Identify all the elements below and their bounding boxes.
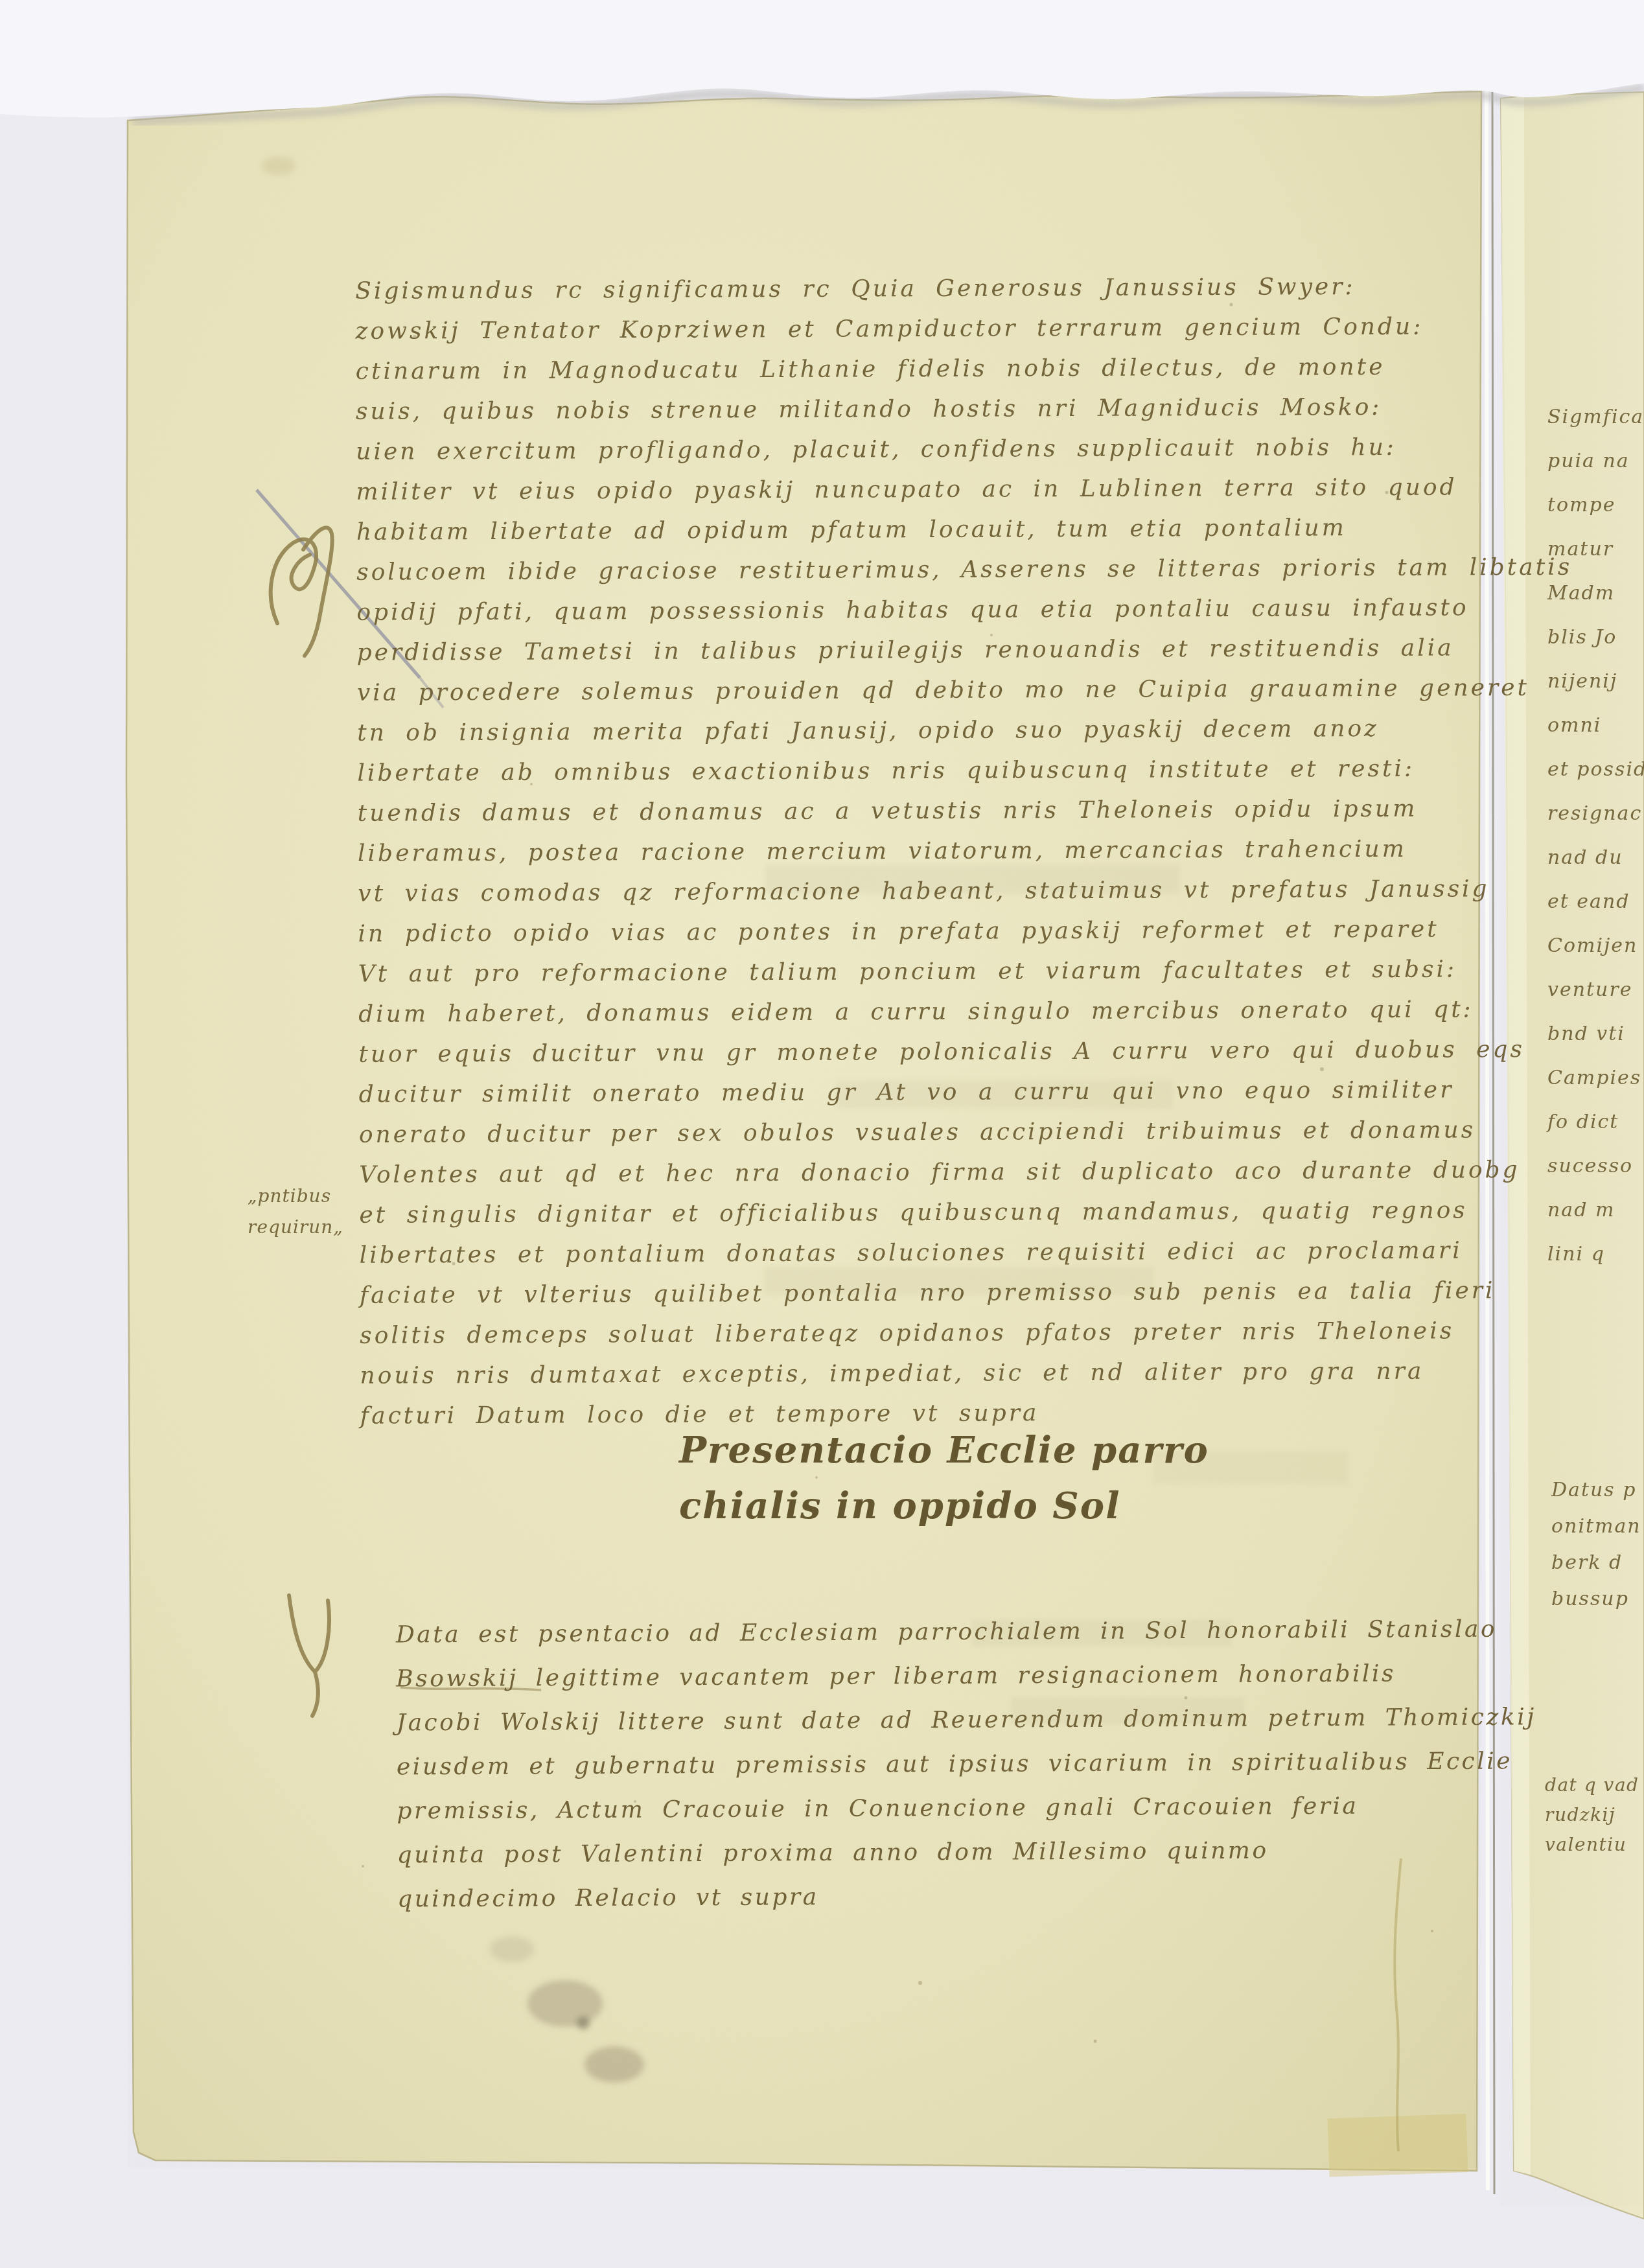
manuscript-text-line: vt vias comodas qz reformacione habeant,… — [358, 869, 1492, 914]
facing-fragment-line: Datus p — [1551, 1472, 1641, 1509]
entry-text-block: Data est psentacio ad Ecclesiam parrochi… — [396, 1608, 1499, 1922]
manuscript-text-line: libertates et pontalium donatas solucion… — [360, 1231, 1494, 1276]
entry-text-line: Bsowskij legittime vacantem per liberam … — [396, 1652, 1498, 1702]
manuscript-text-line: ctinarum in Magnoducatu Lithanie fidelis… — [356, 347, 1490, 392]
manuscript-text-line: militer vt eius opido pyaskij nuncupato … — [356, 467, 1490, 513]
margin-note: „pntibusrequirun„ — [248, 1181, 343, 1243]
facing-fragment-line: fo dict — [1547, 1100, 1644, 1144]
manuscript-text-line: tuendis damus et donamus ac a vetustis n… — [358, 789, 1492, 834]
manuscript-text-line: dium haberet, donamus eidem a curru sing… — [358, 989, 1492, 1035]
entry-text-line: Jacobi Wolskij littere sunt date ad Reue… — [396, 1696, 1498, 1746]
main-text-block: Sigismundus rc significamus rc Quia Gene… — [355, 266, 1494, 1437]
facing-fragment-line: sucesso — [1547, 1144, 1644, 1188]
facing-fragment-line: lini q — [1547, 1232, 1644, 1277]
facing-fragment-line: Comijen — [1547, 924, 1644, 968]
facing-fragment-line: resignac — [1547, 792, 1644, 836]
entry-text-line: premissis, Actum Cracouie in Conuencione… — [397, 1784, 1498, 1834]
facing-fragment-line: Campies — [1547, 1056, 1644, 1100]
facing-fragment-line: venture — [1547, 968, 1644, 1012]
manuscript-text-line: opidij pfati, quam possessionis habitas … — [356, 588, 1490, 633]
facing-fragment-line: rudzkij — [1545, 1800, 1639, 1830]
facing-fragment-line: matur — [1547, 527, 1644, 572]
facing-fragment-line: omni — [1547, 704, 1644, 748]
manuscript-text-line: Volentes aut qd et hec nra donacio firma… — [359, 1150, 1493, 1196]
entry-text-line: eiusdem et gubernatu premissis aut ipsiu… — [397, 1740, 1498, 1790]
entry-text-line: Data est psentacio ad Ecclesiam parrochi… — [396, 1608, 1498, 1658]
facing-page-fragments-upper: Sigmficapuia natompematurMadmblis Jonije… — [1547, 395, 1644, 1277]
manuscript-text-line: et singulis dignitar et officialibus qui… — [359, 1190, 1493, 1236]
facing-fragment-line: blis Jo — [1547, 616, 1644, 660]
manuscript-text-line: zowskij Tentator Koprziwen et Campiducto… — [355, 307, 1489, 352]
facing-page-fragments-lower: dat q vadrudzkijvalentiu — [1545, 1770, 1639, 1860]
facing-fragment-line: et eand — [1547, 880, 1644, 924]
manuscript-text-line: perdidisse Tametsi in talibus priuilegij… — [357, 628, 1491, 673]
manuscript-text-line: via procedere solemus prouiden qd debito… — [357, 668, 1491, 713]
facing-fragment-line: onitman — [1551, 1509, 1641, 1545]
manuscript-text-line: in pdicto opido vias ac pontes in prefat… — [358, 909, 1492, 955]
facing-fragment-line: bussup — [1551, 1581, 1641, 1617]
facing-fragment-line: nad du — [1547, 836, 1644, 880]
manuscript-text-line: solucoem ibide graciose restituerimus, A… — [356, 548, 1490, 593]
facing-fragment-line: et possid — [1547, 748, 1644, 792]
manuscript-text-line: tn ob insignia merita pfati Janusij, opi… — [357, 708, 1491, 754]
margin-note-line: requirun„ — [248, 1212, 343, 1243]
facing-fragment-line: Madm — [1547, 572, 1644, 616]
facing-fragment-line: nad m — [1547, 1188, 1644, 1232]
manuscript-scan: Sigismundus rc significamus rc Quia Gene… — [0, 0, 1644, 2268]
manuscript-text-line: solitis demceps soluat liberateqz opidan… — [360, 1311, 1494, 1356]
facing-fragment-line: puia na — [1547, 439, 1644, 483]
facing-fragment-line: tompe — [1547, 483, 1644, 527]
manuscript-text-line: habitam libertate ad opidum pfatum locau… — [356, 507, 1490, 553]
facing-fragment-line: valentiu — [1545, 1830, 1639, 1860]
manuscript-text-line: nouis nris dumtaxat exceptis, impediat, … — [360, 1351, 1494, 1396]
manuscript-text-line: Sigismundus rc significamus rc Quia Gene… — [355, 266, 1489, 312]
manuscript-text-line: suis, quibus nobis strenue militando hos… — [356, 387, 1490, 432]
heading-line: Presentacio Ecclie parro — [679, 1422, 1209, 1478]
entry-text-line: quinta post Valentini proxima anno dom M… — [397, 1828, 1499, 1878]
facing-fragment-line: berk d — [1551, 1545, 1641, 1581]
manuscript-text-line: libertate ab omnibus exactionibus nris q… — [357, 748, 1491, 794]
manuscript-text-line: uien exercitum profligando, placuit, con… — [356, 427, 1490, 472]
facing-fragment-line: bnd vti — [1547, 1012, 1644, 1056]
manuscript-text-line: onerato ducitur per sex obulos vsuales a… — [359, 1110, 1493, 1155]
manuscript-text-line: tuor equis ducitur vnu gr monete polonic… — [358, 1030, 1492, 1075]
manuscript-text-line: faciate vt vlterius quilibet pontalia nr… — [360, 1271, 1494, 1316]
facing-fragment-line: Sigmfica — [1547, 395, 1644, 439]
section-heading: Presentacio Ecclie parrochialis in oppid… — [679, 1422, 1209, 1534]
manuscript-text-line: liberamus, postea racione mercium viator… — [358, 829, 1492, 874]
manuscript-text-line: Vt aut pro reformacione talium poncium e… — [358, 949, 1492, 995]
facing-fragment-line: dat q vad — [1545, 1770, 1639, 1800]
margin-note-line: „pntibus — [248, 1181, 343, 1212]
heading-line: chialis in oppido Sol — [679, 1478, 1209, 1534]
facing-page-fragments-middle: Datus ponitmanberk dbussup — [1551, 1472, 1641, 1617]
manuscript-text-line: ducitur similit onerato mediu gr At vo a… — [358, 1070, 1492, 1115]
entry-text-line: quindecimo Relacio vt supra — [397, 1872, 1499, 1922]
facing-fragment-line: nijenij — [1547, 660, 1644, 704]
